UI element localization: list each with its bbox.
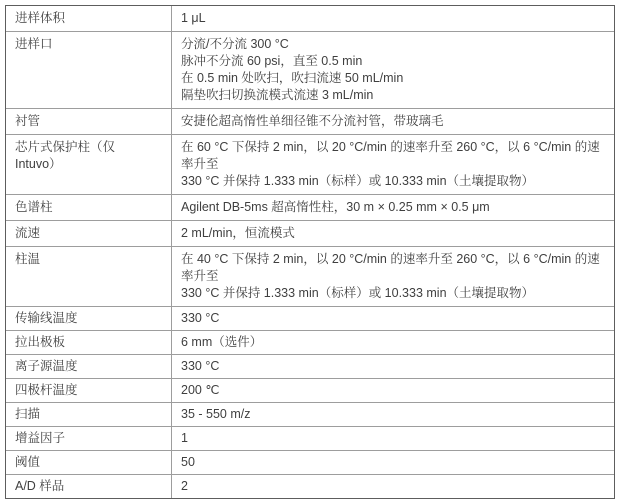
table-row: 传输线温度 330 °C [6, 307, 615, 331]
param-label: 衬管 [6, 109, 172, 135]
param-value: 6 mm（选件） [172, 331, 615, 355]
param-label: 进样体积 [6, 6, 172, 32]
param-value: 330 °C [172, 307, 615, 331]
table-row: 芯片式保护柱（仅 Intuvo） 在 60 °C 下保持 2 min，以 20 … [6, 135, 615, 195]
param-value: Agilent DB-5ms 超高惰性柱，30 m × 0.25 mm × 0.… [172, 195, 615, 221]
table-row: 柱温 在 40 °C 下保持 2 min，以 20 °C/min 的速率升至 2… [6, 247, 615, 307]
param-label: 芯片式保护柱（仅 Intuvo） [6, 135, 172, 195]
param-label: 拉出极板 [6, 331, 172, 355]
param-value: 安捷伦超高惰性单细径锥不分流衬管，带玻璃毛 [172, 109, 615, 135]
param-value: 50 [172, 451, 615, 475]
table-row: 四极杆温度 200 ℃ [6, 379, 615, 403]
table-row: 衬管 安捷伦超高惰性单细径锥不分流衬管，带玻璃毛 [6, 109, 615, 135]
param-label: 离子源温度 [6, 355, 172, 379]
table-row: 扫描 35 - 550 m/z [6, 403, 615, 427]
param-value: 2 mL/min，恒流模式 [172, 221, 615, 247]
table-row: 进样体积 1 μL [6, 6, 615, 32]
param-value: 330 °C [172, 355, 615, 379]
param-label: 色谱柱 [6, 195, 172, 221]
param-label: 传输线温度 [6, 307, 172, 331]
table-body: 进样体积 1 μL 进样口 分流/不分流 300 °C 脉冲不分流 60 psi… [6, 6, 615, 499]
param-label: 四极杆温度 [6, 379, 172, 403]
param-value: 2 [172, 475, 615, 499]
param-value: 在 40 °C 下保持 2 min，以 20 °C/min 的速率升至 260 … [172, 247, 615, 307]
table-row: 拉出极板 6 mm（选件） [6, 331, 615, 355]
param-label: A/D 样品 [6, 475, 172, 499]
param-value: 35 - 550 m/z [172, 403, 615, 427]
param-label: 阈值 [6, 451, 172, 475]
table-row: 进样口 分流/不分流 300 °C 脉冲不分流 60 psi，直至 0.5 mi… [6, 32, 615, 109]
param-label: 扫描 [6, 403, 172, 427]
table-row: 增益因子 1 [6, 427, 615, 451]
table-row: 色谱柱 Agilent DB-5ms 超高惰性柱，30 m × 0.25 mm … [6, 195, 615, 221]
table-row: 离子源温度 330 °C [6, 355, 615, 379]
param-label: 增益因子 [6, 427, 172, 451]
param-value: 1 μL [172, 6, 615, 32]
param-value: 200 ℃ [172, 379, 615, 403]
param-label: 进样口 [6, 32, 172, 109]
table-row: A/D 样品 2 [6, 475, 615, 499]
table-row: 流速 2 mL/min，恒流模式 [6, 221, 615, 247]
table-row: 阈值 50 [6, 451, 615, 475]
param-value: 1 [172, 427, 615, 451]
param-label: 柱温 [6, 247, 172, 307]
param-label: 流速 [6, 221, 172, 247]
gcms-parameters-table: 进样体积 1 μL 进样口 分流/不分流 300 °C 脉冲不分流 60 psi… [5, 5, 615, 499]
param-value: 在 60 °C 下保持 2 min，以 20 °C/min 的速率升至 260 … [172, 135, 615, 195]
param-value: 分流/不分流 300 °C 脉冲不分流 60 psi，直至 0.5 min 在 … [172, 32, 615, 109]
